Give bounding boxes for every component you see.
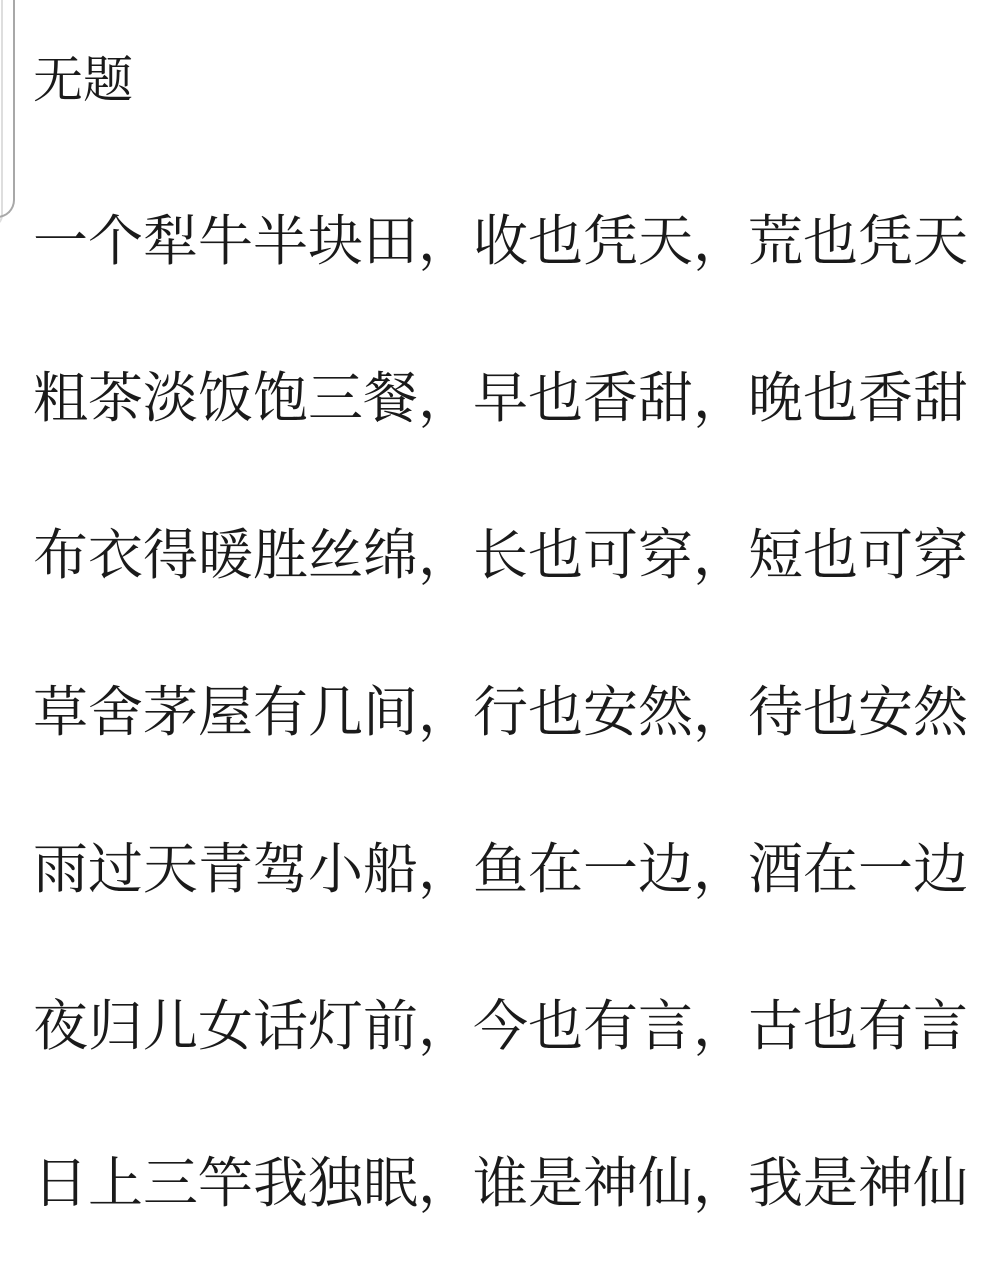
reader-app: { "poem": { "title": "无题", "lines": [ "一… xyxy=(0,0,1000,1282)
poem-line-7: 日上三竿我独眠，谁是神仙，我是神仙 xyxy=(33,1148,968,1220)
poem-line-3: 布衣得暖胜丝绵，长也可穿，短也可穿 xyxy=(33,520,968,592)
poem-line-5: 雨过天青驾小船，鱼在一边，酒在一边 xyxy=(33,834,968,906)
poem-line-6: 夜归儿女话灯前，今也有言，古也有言 xyxy=(33,991,968,1063)
poem-title: 无题 xyxy=(33,52,133,110)
previous-card-edge-inner xyxy=(0,0,15,218)
poem-line-4: 草舍茅屋有几间，行也安然，待也安然 xyxy=(33,677,968,749)
poem-line-2: 粗茶淡饭饱三餐，早也香甜，晚也香甜 xyxy=(33,363,968,435)
poem-line-1: 一个犁牛半块田，收也凭天，荒也凭天 xyxy=(33,206,968,278)
poem-page[interactable]: 无题 一个犁牛半块田，收也凭天，荒也凭天 粗茶淡饭饱三餐，早也香甜，晚也香甜 布… xyxy=(0,0,1000,1282)
